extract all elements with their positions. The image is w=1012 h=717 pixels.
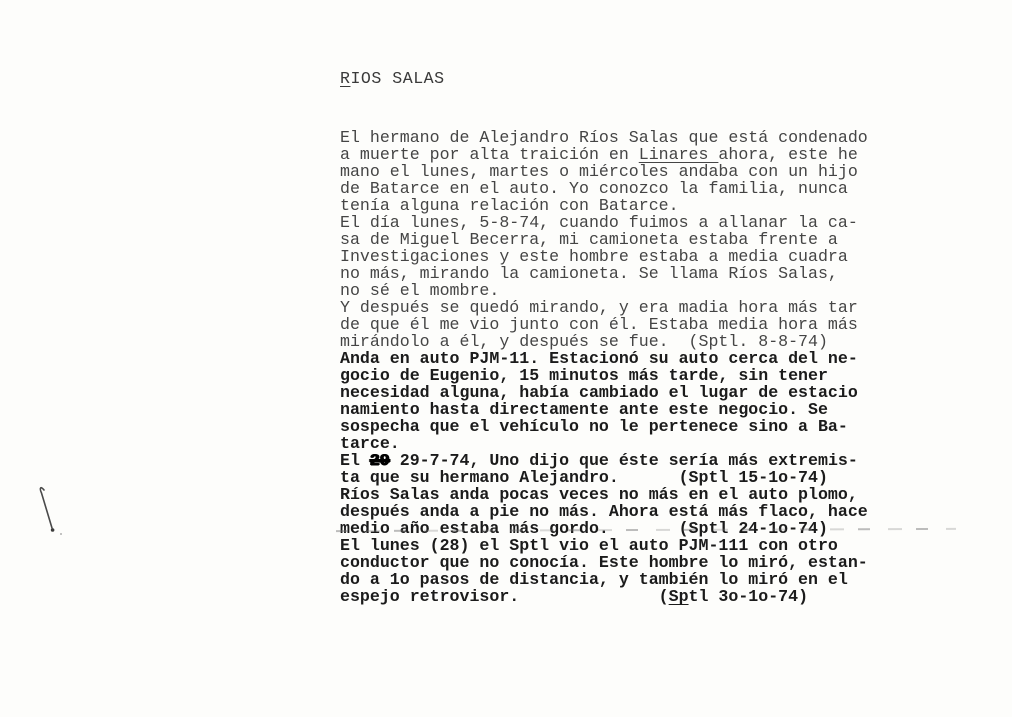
text-line: Investigaciones y este hombre estaba a m… [340, 248, 868, 265]
text-line: no más, mirando la camioneta. Se llama R… [340, 265, 868, 282]
title-rest: IOS SALAS [350, 69, 444, 88]
text-line: El día lunes, 5-8-74, cuando fuimos a al… [340, 214, 868, 231]
text-line: Anda en auto PJM-11. Estacionó su auto c… [340, 350, 868, 367]
text-line: El 29 29-7-74, Uno dijo que éste sería m… [340, 452, 868, 469]
text-segment: tl 3o-1o-74) [689, 587, 809, 606]
text-line: sospecha que el vehículo no le pertenece… [340, 418, 868, 435]
document-text: RIOS SALAS El hermano de Alejandro Ríos … [340, 36, 868, 639]
text-line: Ríos Salas anda pocas veces no más en el… [340, 486, 868, 503]
text-line: gocio de Eugenio, 15 minutos más tarde, … [340, 367, 868, 384]
underlined-text: Sp [669, 587, 689, 606]
text-line: tarce. [340, 435, 868, 452]
text-line: necesidad alguna, había cambiado el luga… [340, 384, 868, 401]
text-line: El lunes (28) el Sptl vio el auto PJM-11… [340, 537, 868, 554]
text-line: después anda a pie no más. Ahora está má… [340, 503, 868, 520]
title-first-letter: R [340, 69, 350, 88]
text-line: tenía alguna relación con Batarce. [340, 197, 868, 214]
text-line: Y después se quedó mirando, y era madia … [340, 299, 868, 316]
document-title: RIOS SALAS [340, 70, 868, 87]
text-line: do a 1o pasos de distancia, y también lo… [340, 571, 868, 588]
text-segment: espejo retrovisor. ( [340, 587, 669, 606]
text-segment: sospecha que el vehículo no le pertenece… [340, 417, 848, 436]
text-line: ta que su hermano Alejandro. (Sptl 15-1o… [340, 469, 868, 486]
text-line: sa de Miguel Becerra, mi camioneta estab… [340, 231, 868, 248]
text-line: El hermano de Alejandro Ríos Salas que e… [340, 129, 868, 146]
text-line: mirándolo a él, y después se fue. (Sptl.… [340, 333, 868, 350]
text-line: namiento hasta directamente ante este ne… [340, 401, 868, 418]
text-line: mano el lunes, martes o miércoles andaba… [340, 163, 868, 180]
text-line: de Batarce en el auto. Yo conozco la fam… [340, 180, 868, 197]
text-line: no sé el mombre. [340, 282, 868, 299]
text-line: de que él me vio junto con él. Estaba me… [340, 316, 868, 333]
scanned-page: RIOS SALAS El hermano de Alejandro Ríos … [0, 0, 1012, 717]
document-lines: El hermano de Alejandro Ríos Salas que e… [340, 129, 868, 605]
text-line: espejo retrovisor. (Sptl 3o-1o-74) [340, 588, 868, 605]
pen-stroke-mark [36, 484, 66, 540]
text-line: a muerte por alta traición en Linares ah… [340, 146, 868, 163]
text-line: conductor que no conocía. Este hombre lo… [340, 554, 868, 571]
